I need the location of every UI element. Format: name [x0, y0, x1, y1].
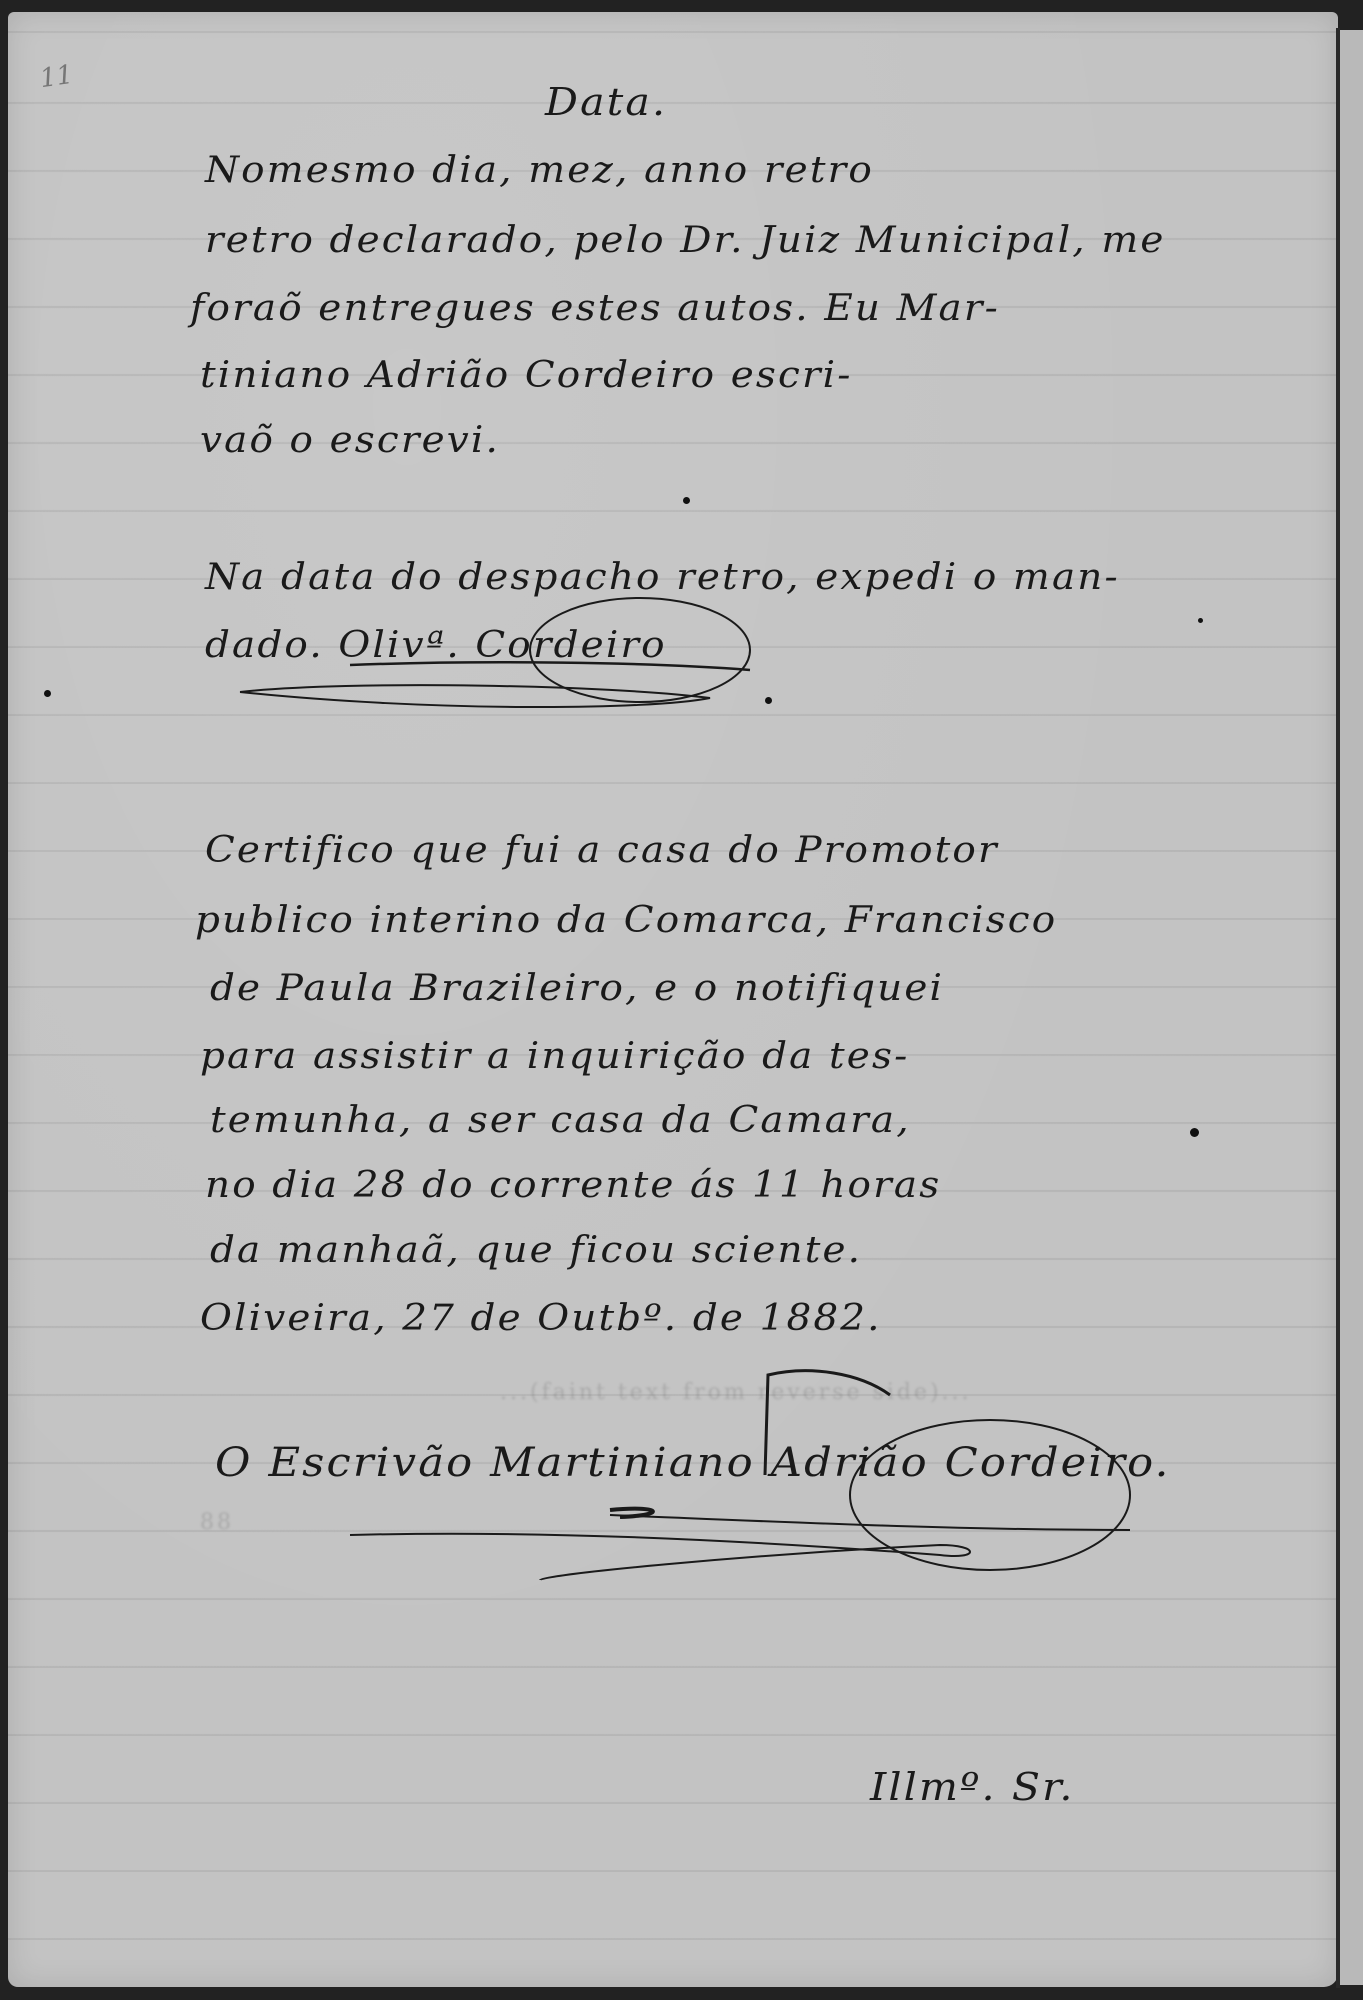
ink-dot	[765, 697, 772, 704]
line-text: foraõ entregues estes autos. Eu Mar-	[190, 288, 1000, 329]
line-text: tiniano Adrião Cordeiro escri-	[200, 355, 853, 396]
line-text: Nomesmo dia, mez, anno retro	[205, 150, 874, 191]
line-text: vaõ o escrevi.	[200, 420, 500, 461]
line-text: temunha, a ser casa da Camara,	[210, 1100, 911, 1141]
line-text: publico interino da Comarca, Francisco	[195, 900, 1057, 941]
bleed-through-text: 88	[200, 1510, 234, 1535]
ink-dot	[44, 690, 51, 697]
heading: Data.	[545, 80, 667, 124]
line-text: Na data do despacho retro, expedi o man-	[205, 557, 1120, 598]
line-text: no dia 28 do corrente ás 11 horas	[205, 1165, 941, 1206]
line-text: de Paula Brazileiro, e o notifiquei	[210, 968, 944, 1009]
ink-dot	[1198, 618, 1203, 623]
ink-dot	[683, 497, 690, 504]
line-text: para assistir a inquirição da tes-	[200, 1036, 909, 1077]
adjacent-page-sliver	[1340, 30, 1363, 1985]
ink-dot	[1190, 1128, 1199, 1137]
line-text: retro declarado, pelo Dr. Juiz Municipal…	[205, 220, 1166, 261]
signature-flourish-icon	[230, 600, 830, 720]
signature-flourish-icon	[340, 1355, 1140, 1585]
folio-mark: 11	[38, 60, 75, 94]
line-text: da manhaã, que ficou sciente.	[210, 1230, 862, 1271]
line-text: Oliveira, 27 de Outbº. de 1882.	[200, 1298, 882, 1339]
closing-address: Illmº. Sr.	[870, 1765, 1075, 1809]
line-text: Certifico que fui a casa do Promotor	[205, 830, 999, 871]
